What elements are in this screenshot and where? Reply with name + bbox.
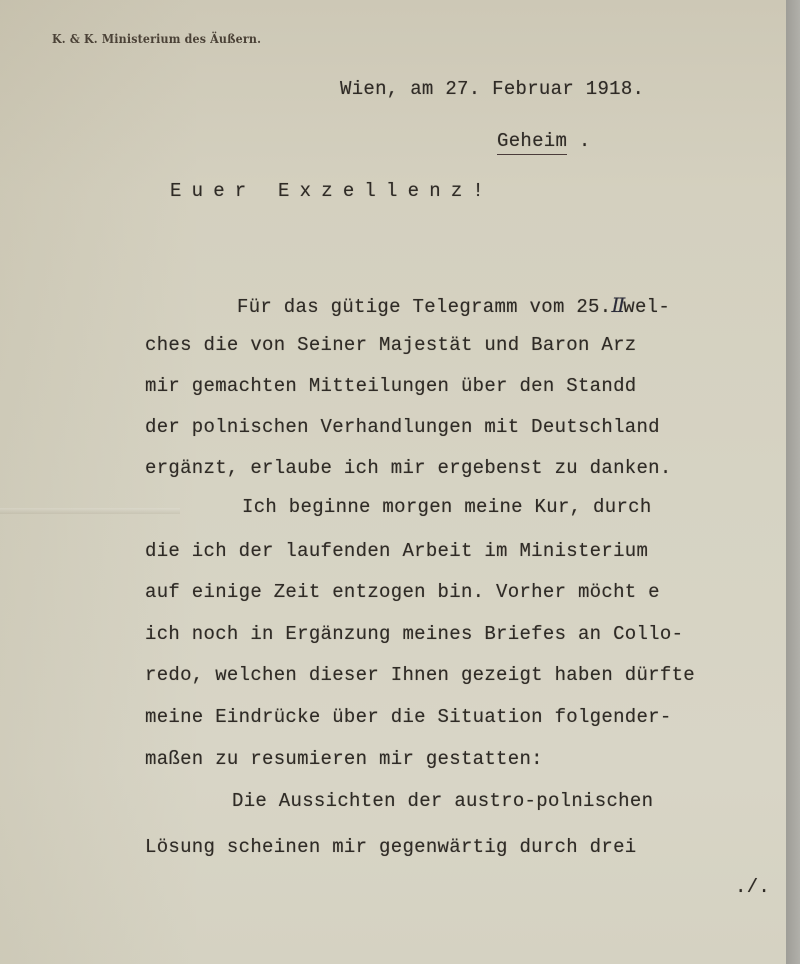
letterhead: K. & K. Ministerium des Äußern. [52, 32, 261, 46]
body-line: auf einige Zeit entzogen bin. Vorher möc… [145, 581, 660, 603]
paper-fold [0, 508, 180, 514]
body-line: die ich der laufenden Arbeit im Minister… [145, 540, 648, 562]
body-line: Die Aussichten der austro-polnischen [232, 790, 653, 812]
body-line: Ich beginne morgen meine Kur, durch [242, 496, 652, 518]
body-line-text: wel- [623, 296, 670, 318]
letter-page: K. & K. Ministerium des Äußern. Wien, am… [0, 0, 786, 964]
body-line: maßen zu resumieren mir gestatten: [145, 748, 543, 770]
body-line: meine Eindrücke über die Situation folge… [145, 706, 672, 728]
body-line: mir gemachten Mitteilungen über den Stan… [145, 375, 636, 397]
body-line: Für das gütige Telegramm vom 25.IIwel- [237, 293, 670, 318]
body-line-text: Für das gütige Telegramm vom 25. [237, 296, 611, 318]
body-line: der polnischen Verhandlungen mit Deutsch… [145, 416, 660, 438]
body-line: ches die von Seiner Majestät und Baron A… [145, 334, 636, 356]
continuation-mark: ./. [735, 876, 770, 898]
body-line: ich noch in Ergänzung meines Briefes an … [145, 623, 683, 645]
background-surface [786, 0, 800, 964]
body-line: ergänzt, erlaube ich mir ergebenst zu da… [145, 457, 672, 479]
body-line: Lösung scheinen mir gegenwärtig durch dr… [145, 836, 636, 858]
handwritten-annotation: II [611, 293, 623, 317]
date-line: Wien, am 27. Februar 1918. [340, 78, 644, 100]
classification-label: Geheim [497, 130, 567, 155]
classification-suffix: . [567, 130, 590, 152]
classification-mark: Geheim . [497, 130, 591, 152]
body-line: redo, welchen dieser Ihnen gezeigt haben… [145, 664, 695, 686]
salutation: Euer Exzellenz! [170, 180, 494, 202]
